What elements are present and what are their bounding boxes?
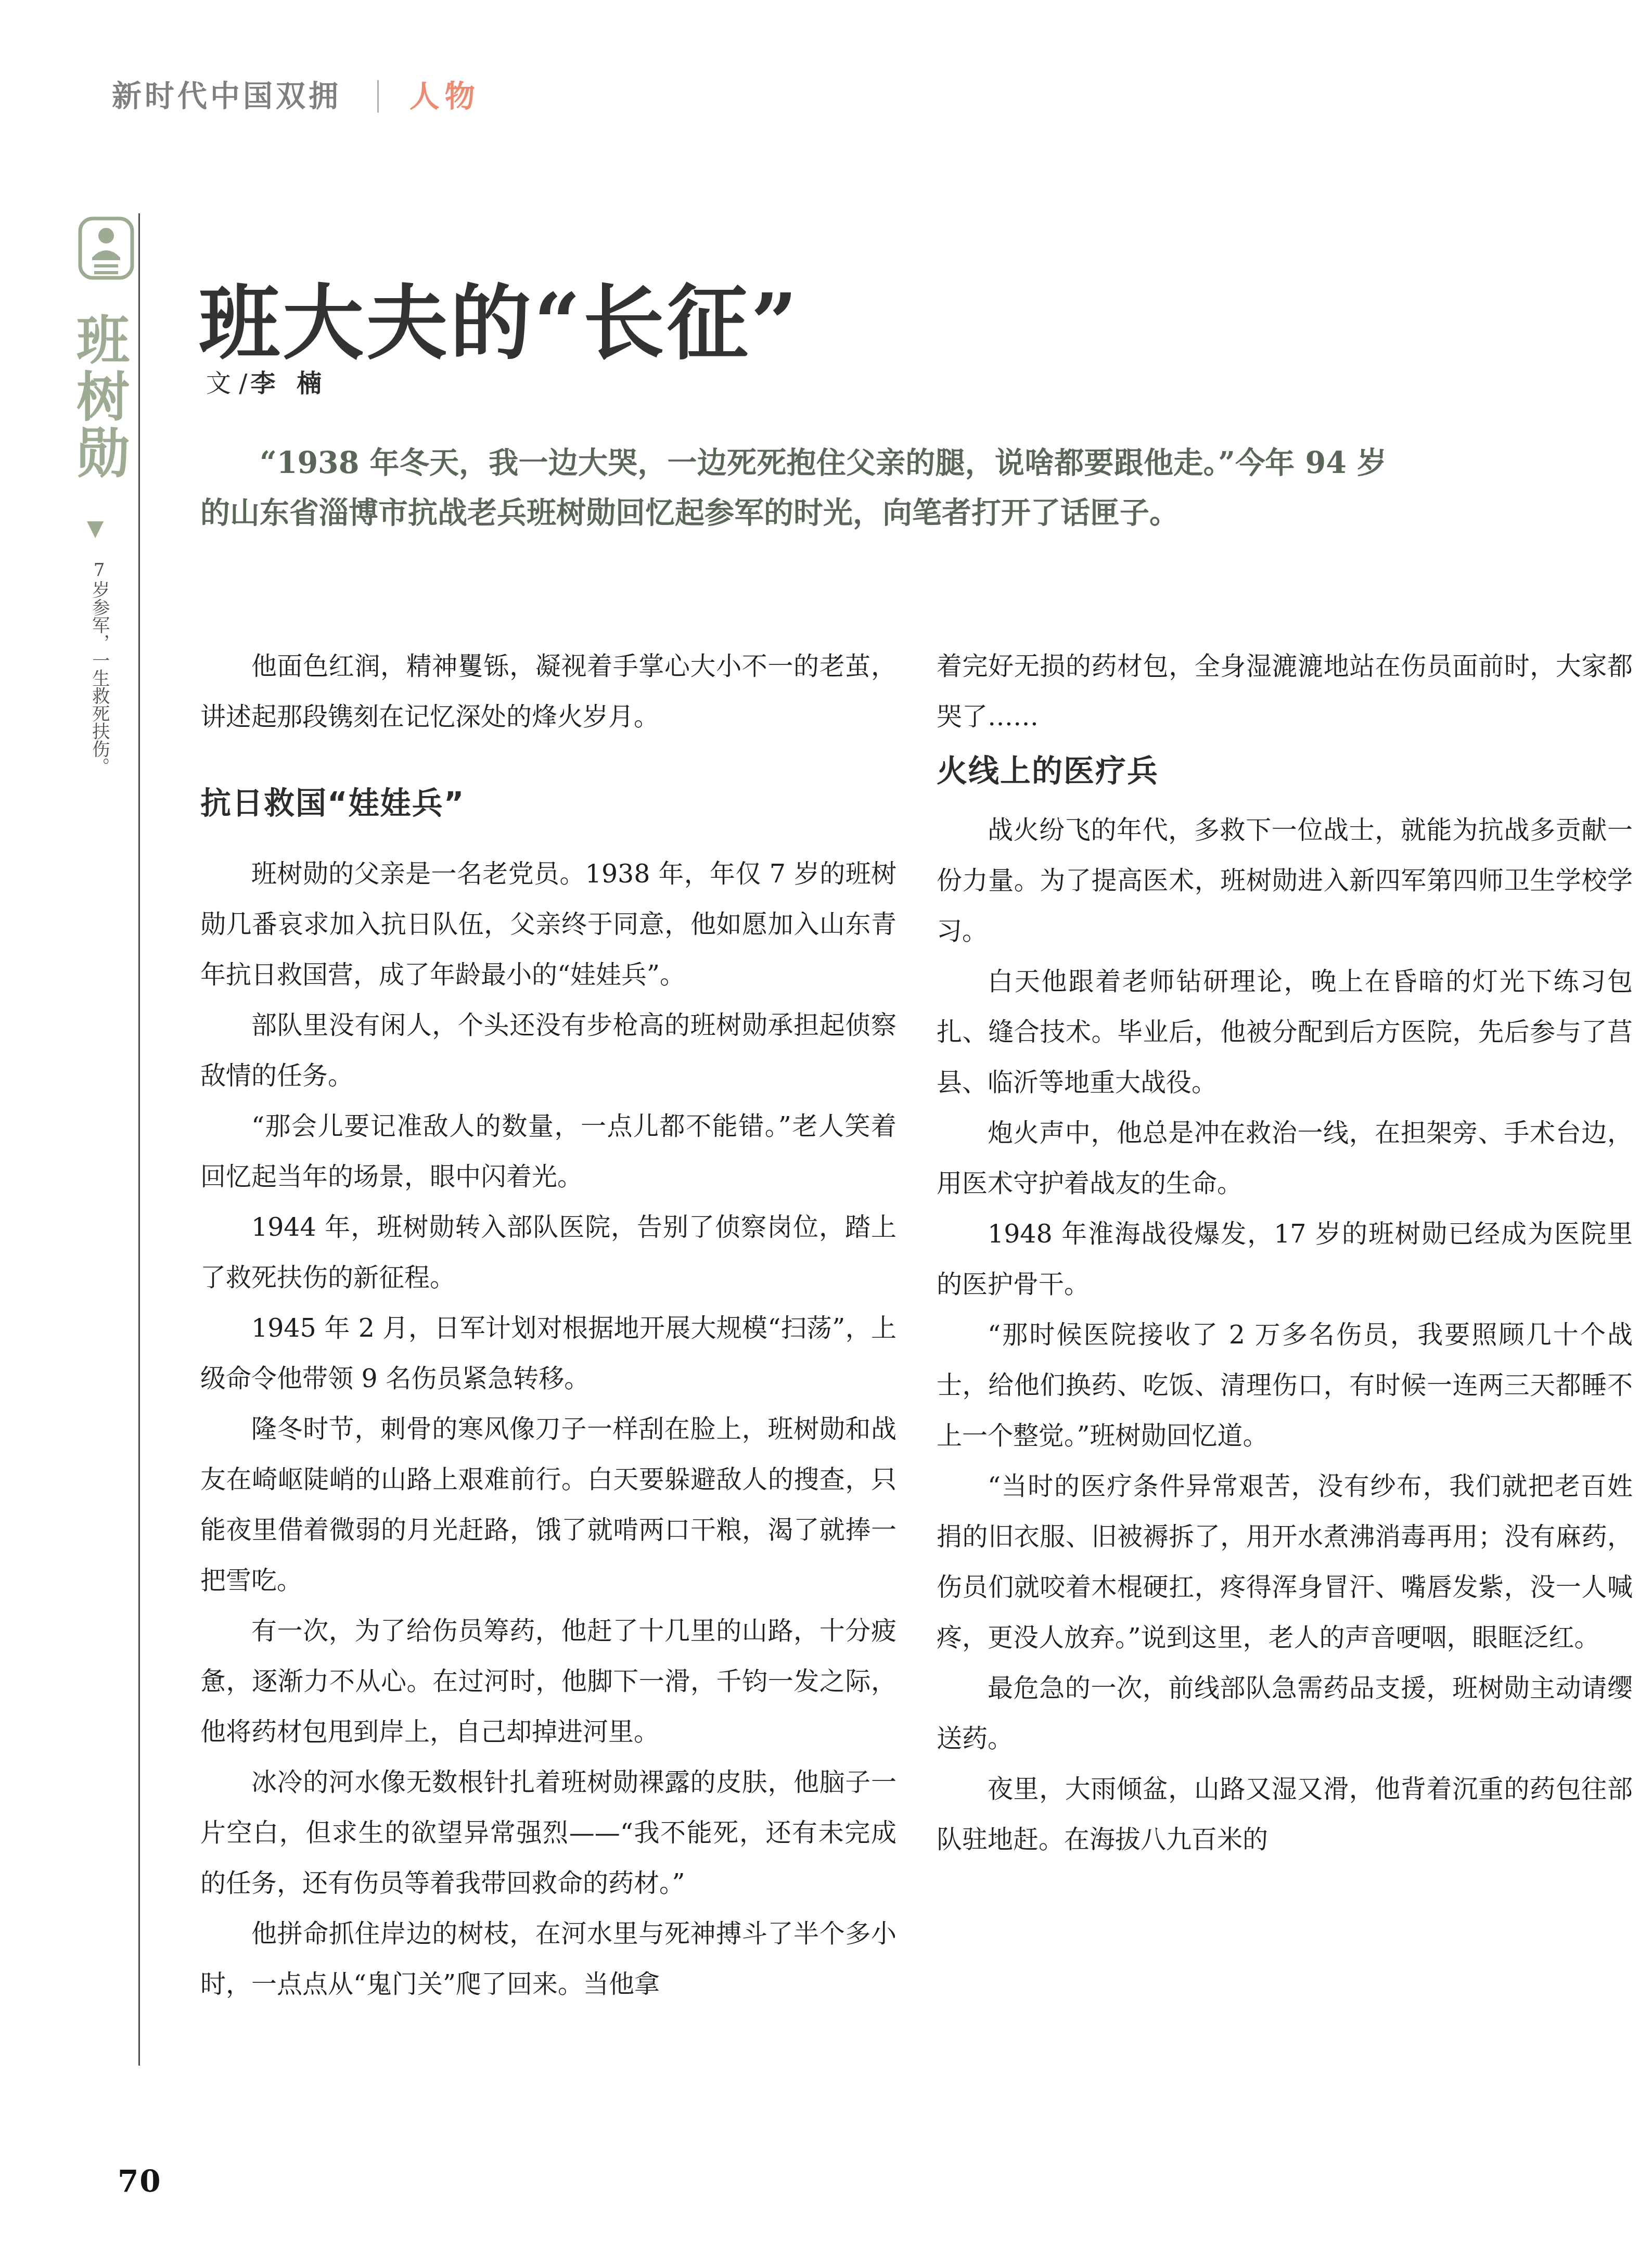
left-column: 他面色红润，精神矍铄，凝视着手掌心大小不一的老茧，讲述起那段镌刻在记忆深处的烽火… — [200, 641, 897, 2009]
header-divider: | — [374, 75, 382, 113]
paragraph-continuation: 着完好无损的药材包，全身湿漉漉地站在伤员面前时，大家都哭了…… — [937, 641, 1633, 742]
down-triangle-icon: ▼ — [87, 515, 104, 541]
paragraph: 有一次，为了给伤员筹药，他赶了十几里的山路，十分疲惫，逐渐力不从心。在过河时，他… — [200, 1606, 897, 1757]
paragraph: 他面色红润，精神矍铄，凝视着手掌心大小不一的老茧，讲述起那段镌刻在记忆深处的烽火… — [200, 641, 897, 742]
page-number: 70 — [118, 2163, 162, 2199]
magazine-page: 新时代中国双拥 | 人物 班树勋 ▼ 7岁参军，一生救死扶伤。 班大夫的“长征”… — [0, 0, 1652, 2242]
section-heading-frontline-medic: 火线上的医疗兵 — [937, 754, 1633, 788]
paragraph: 战火纷飞的年代，多救下一位战士，就能为抗战多贡献一份力量。为了提高医术，班树勋进… — [937, 805, 1633, 956]
paragraph: 1945 年 2 月，日军计划对根据地开展大规模“扫荡”，上级命令他带领 9 名… — [200, 1303, 897, 1404]
paragraph: 最危急的一次，前线部队急需药品支援，班树勋主动请缨送药。 — [937, 1663, 1633, 1764]
paragraph: 冰冷的河水像无数根针扎着班树勋裸露的皮肤，他脑子一片空白，但求生的欲望异常强烈—… — [200, 1757, 897, 1908]
paragraph: 1944 年，班树勋转入部队医院，告别了侦察岗位，踏上了救死扶伤的新征程。 — [200, 1202, 897, 1303]
sidebar-person-name: 班树勋 — [72, 312, 125, 482]
magazine-title: 新时代中国双拥 — [112, 72, 341, 115]
byline-prefix: 文 / — [206, 369, 247, 398]
paragraph: “那时候医院接收了 2 万多名伤员，我要照顾几十个战士，给他们换药、吃饭、清理伤… — [937, 1310, 1633, 1461]
section-label: 人物 — [409, 72, 480, 116]
page-header: 新时代中国双拥 | 人物 — [112, 72, 480, 116]
sidebar-tagline: 7岁参军，一生救死扶伤。 — [89, 560, 108, 775]
byline-author: 李 楠 — [250, 369, 328, 398]
paragraph: 炮火声中，他总是冲在救治一线，在担架旁、手术台边，用医术守护着战友的生命。 — [937, 1108, 1633, 1209]
paragraph: “那会儿要记准敌人的数量，一点儿都不能错。”老人笑着回忆起当年的场景，眼中闪着光… — [200, 1101, 897, 1202]
paragraph: 他拼命抓住岸边的树枝，在河水里与死神搏斗了半个多小时，一点点从“鬼门关”爬了回来… — [200, 1908, 897, 2009]
byline: 文 /李 楠 — [206, 363, 328, 399]
sidebar-vertical-rule — [138, 213, 140, 2066]
section-heading-children-soldier: 抗日救国“娃娃兵” — [200, 787, 897, 821]
paragraph: 部队里没有闲人，个头还没有步枪高的班树勋承担起侦察敌情的任务。 — [200, 1000, 897, 1101]
right-column: 着完好无损的药材包，全身湿漉漉地站在伤员面前时，大家都哭了…… 火线上的医疗兵 … — [937, 641, 1633, 1865]
paragraph: 夜里，大雨倾盆，山路又湿又滑，他背着沉重的药包往部队驻地赶。在海拔八九百米的 — [937, 1764, 1633, 1865]
person-id-card-icon — [78, 216, 134, 282]
paragraph: 1948 年淮海战役爆发，17 岁的班树勋已经成为医院里的医护骨干。 — [937, 1209, 1633, 1310]
paragraph: 隆冬时节，刺骨的寒风像刀子一样刮在脸上，班树勋和战友在崎岖陡峭的山路上艰难前行。… — [200, 1404, 897, 1606]
paragraph: 班树勋的父亲是一名老党员。1938 年，年仅 7 岁的班树勋几番哀求加入抗日队伍… — [200, 849, 897, 1000]
paragraph: 白天他跟着老师钻研理论，晚上在昏暗的灯光下练习包扎、缝合技术。毕业后，他被分配到… — [937, 956, 1633, 1108]
paragraph: “当时的医疗条件异常艰苦，没有纱布，我们就把老百姓捐的旧衣服、旧被褥拆了，用开水… — [937, 1461, 1633, 1663]
lead-paragraph: “1938 年冬天，我一边大哭，一边死死抱住父亲的腿，说啥都要跟他走。”今年 9… — [200, 438, 1387, 538]
article-title: 班大夫的“长征” — [199, 283, 800, 364]
